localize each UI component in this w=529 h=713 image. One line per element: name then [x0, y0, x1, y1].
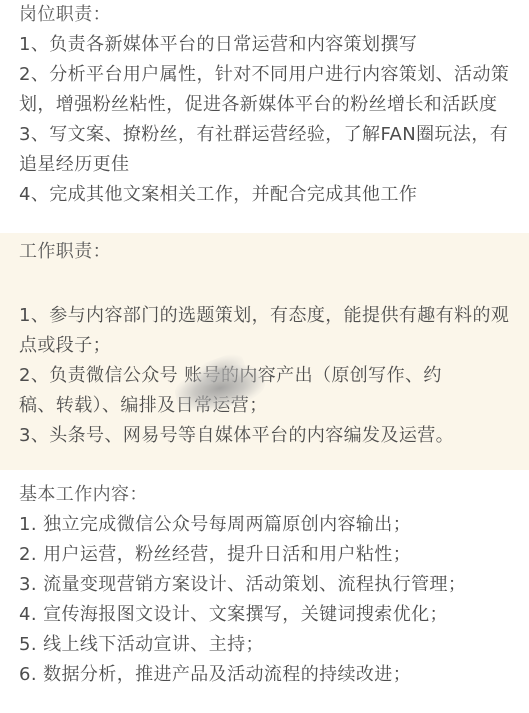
list-item: 1、负责各新媒体平台的日常运营和内容策划撰写: [19, 30, 519, 60]
work-duties-title: 工作职责：: [19, 237, 519, 267]
list-item: 3. 流量变现营销方案设计、活动策划、流程执行管理；: [19, 570, 519, 600]
list-item: 6. 数据分析，推进产品及活动流程的持续改进；: [19, 660, 519, 690]
list-item: 4. 宣传海报图文设计、文案撰写，关键词搜索优化；: [19, 600, 519, 630]
list-item: 1. 独立完成微信公众号每周两篇原创内容输出；: [19, 510, 519, 540]
blank-line: [19, 267, 519, 301]
list-item: 1、参与内容部门的选题策划，有态度，能提供有趣有料的观: [19, 301, 519, 331]
list-item: 2. 用户运营，粉丝经营，提升日活和用户粘性；: [19, 540, 519, 570]
basic-work-section: 基本工作内容： 1. 独立完成微信公众号每周两篇原创内容输出； 2. 用户运营，…: [0, 470, 529, 713]
work-duties-section: 工作职责： 1、参与内容部门的选题策划，有态度，能提供有趣有料的观 点或段子； …: [0, 233, 529, 470]
list-item: 3、头条号、网易号等自媒体平台的内容编发及运营。: [19, 421, 519, 451]
list-item: 2、分析平台用户属性，针对不同用户进行内容策划、活动策: [19, 60, 519, 90]
list-item: 划，增强粉丝粘性，促进各新媒体平台的粉丝增长和活跃度: [19, 90, 519, 120]
job-duties-title: 岗位职责：: [19, 0, 519, 30]
list-item: 稿、转载）、编排及日常运营；: [19, 391, 519, 421]
job-duties-section: 岗位职责： 1、负责各新媒体平台的日常运营和内容策划撰写 2、分析平台用户属性，…: [0, 0, 529, 233]
list-item: 5. 线上线下活动宣讲、主持；: [19, 630, 519, 660]
basic-work-title: 基本工作内容：: [19, 480, 519, 510]
list-item: 点或段子；: [19, 331, 519, 361]
list-item: 3、写文案、撩粉丝，有社群运营经验，了解FAN圈玩法，有: [19, 120, 519, 150]
list-item: 4、完成其他文案相关工作，并配合完成其他工作: [19, 180, 519, 210]
list-item: 2、负责微信公众号 账号的内容产出（原创写作、约: [19, 361, 519, 391]
list-item: 追星经历更佳: [19, 150, 519, 180]
